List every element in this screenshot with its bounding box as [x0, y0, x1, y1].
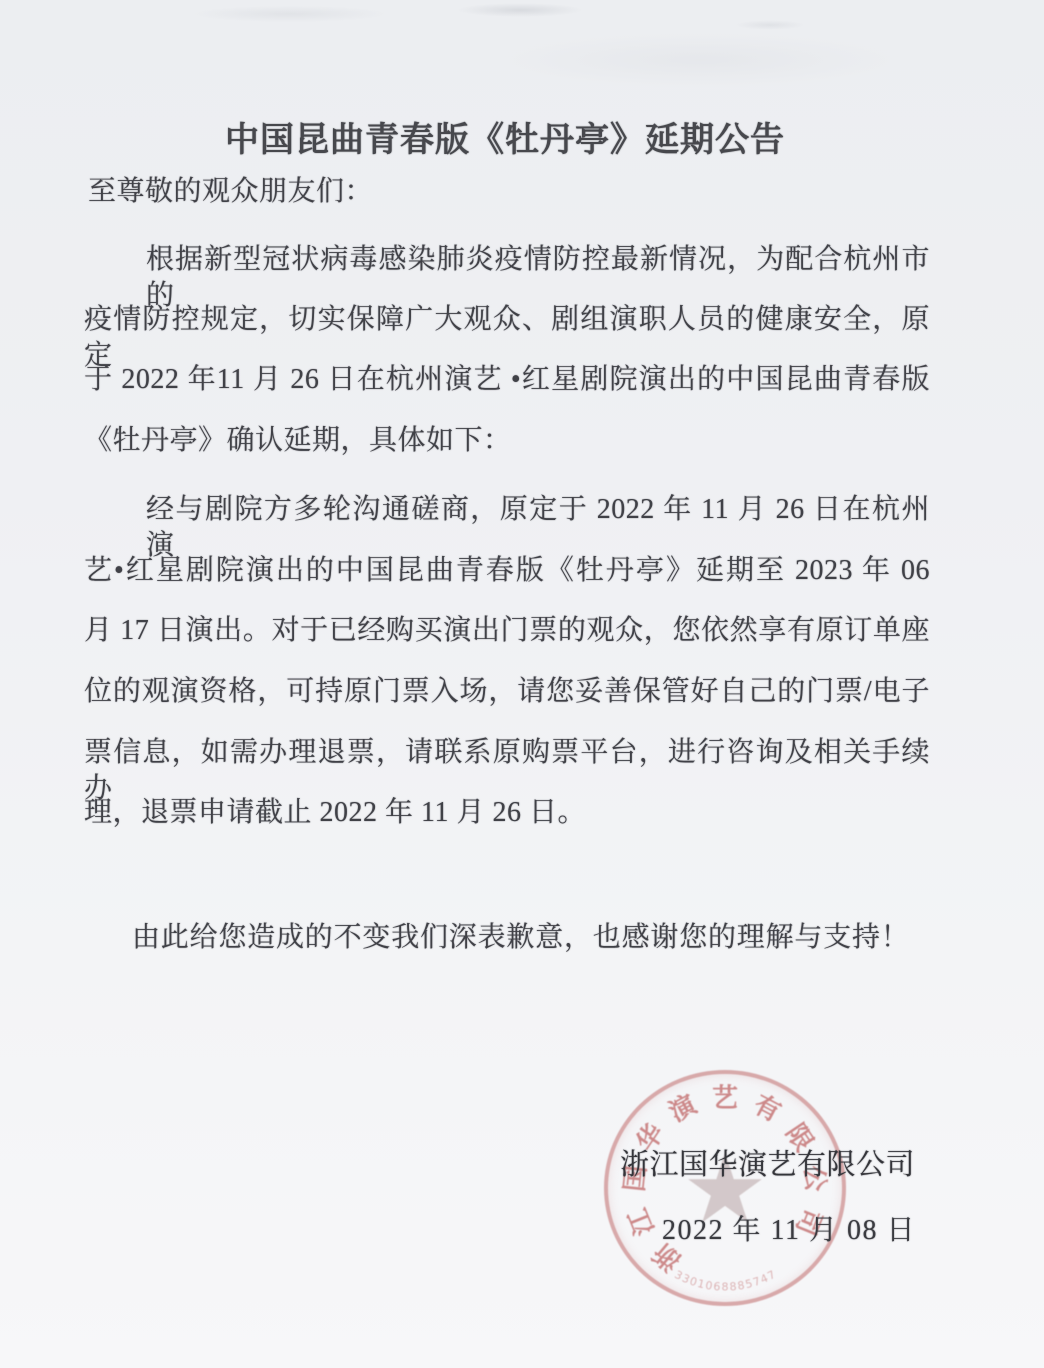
salutation: 至尊敬的观众朋友们： [88, 174, 373, 210]
body-line: 位的观演资格，可持原门票入场，请您妥善保管好自己的门票/电子 [84, 674, 930, 710]
body-line: 理，退票申请截止 2022 年 11 月 26 日。 [84, 795, 586, 831]
body-line: 根据新型冠状病毒感染肺炎疫情防控最新情况，为配合杭州市的 [146, 242, 930, 278]
body-line: 月 17 日演出。对于已经购买演出门票的观众，您依然享有原订单座 [84, 613, 930, 649]
closing-line: 由此给您造成的不变我们深表歉意，也感谢您的理解与支持！ [132, 920, 910, 956]
body-line: 疫情防控规定，切实保障广大观众、剧组演职人员的健康安全，原定 [84, 302, 930, 338]
signature-company: 浙江国华演艺有限公司 [620, 1142, 915, 1183]
body-line: 于 2022 年11 月 26 日在杭州演艺 •红星剧院演出的中国昆曲青春版 [84, 362, 930, 398]
signature-date: 2022 年 11 月 08 日 [662, 1208, 916, 1248]
body-line: 票信息，如需办理退票，请联系原购票平台，进行咨询及相关手续办 [84, 735, 930, 771]
body-line: 《牡丹亭》确认延期，具体如下： [84, 423, 512, 459]
company-seal: 浙江国华演艺有限公司 ★ 3301068885747 [604, 1070, 846, 1306]
announcement-page: 中国昆曲青春版《牡丹亭》延期公告 至尊敬的观众朋友们： 根据新型冠状病毒感染肺炎… [0, 0, 1044, 1368]
body-line: 艺•红星剧院演出的中国昆曲青春版《牡丹亭》延期至 2023 年 06 [84, 553, 930, 589]
body-line: 经与剧院方多轮沟通磋商，原定于 2022 年 11 月 26 日在杭州演 [146, 492, 930, 528]
document-title: 中国昆曲青春版《牡丹亭》延期公告 [0, 112, 1010, 161]
